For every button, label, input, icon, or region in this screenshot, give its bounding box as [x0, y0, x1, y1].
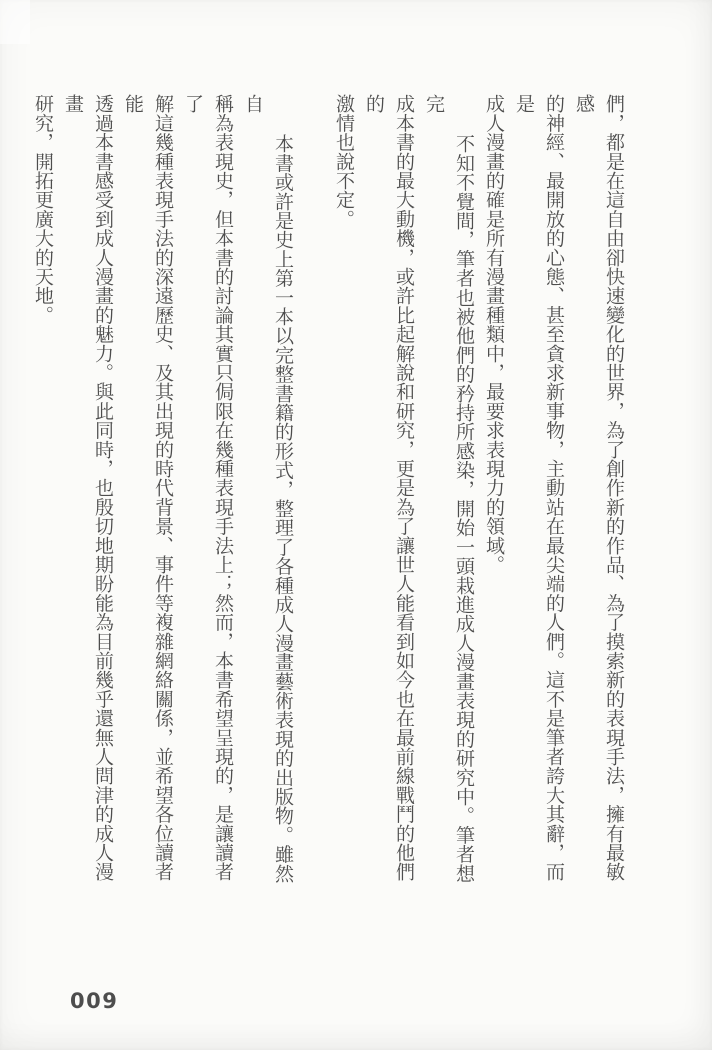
paragraph: 不知不覺間，筆者也被他們的矜持所感染，開始一頭栽進成人漫畫表現的研究中。筆者想完…	[328, 94, 478, 900]
text-column: 成本書的最大動機，或許比起解說和研究，更是為了讓世人能看到如今也在最前線戰鬥的他…	[358, 94, 418, 900]
text-column: 們，都是在這自由卻快速變化的世界，為了創作新的作品、為了摸索新的表現手法，擁有最…	[568, 94, 628, 900]
text-column: 解這幾種表現手法的深遠歷史、及其出現的時代背景、事件等複雜網絡關係，並希望各位讀…	[117, 94, 177, 900]
text-column: 不知不覺間，筆者也被他們的矜持所感染，開始一頭栽進成人漫畫表現的研究中。筆者想完	[418, 94, 478, 900]
text-column: 本書或許是史上第一本以完整書籍的形式，整理了各種成人漫畫藝術表現的出版物。雖然自	[237, 94, 297, 900]
text-column: 的神經、最開放的心態、甚至貪求新事物，主動站在最尖端的人們。這不是筆者誇大其辭，…	[508, 94, 568, 900]
text-column: 稱為表現史，但本書的討論其實只侷限在幾種表現手法上；然而，本書希望呈現的，是讓讀…	[177, 94, 237, 900]
text-column: 成人漫畫的確是所有漫畫種類中，最要求表現力的領域。	[478, 94, 508, 900]
paragraph: 們，都是在這自由卻快速變化的世界，為了創作新的作品、為了摸索新的表現手法，擁有最…	[478, 94, 628, 900]
text-column: 研究，開拓更廣大的天地。	[27, 94, 57, 900]
page-number: 009	[70, 989, 118, 1013]
paragraph: 本書或許是史上第一本以完整書籍的形式，整理了各種成人漫畫藝術表現的出版物。雖然自…	[27, 94, 297, 900]
text-column: 激情也說不定。	[328, 94, 358, 900]
scan-artifact	[0, 0, 30, 44]
text-column: 透過本書感受到成人漫畫的魅力。與此同時，也殷切地期盼能為目前幾乎還無人問津的成人…	[57, 94, 117, 900]
vertical-text-block: 們，都是在這自由卻快速變化的世界，為了創作新的作品、為了摸索新的表現手法，擁有最…	[27, 94, 628, 900]
book-page: 們，都是在這自由卻快速變化的世界，為了創作新的作品、為了摸索新的表現手法，擁有最…	[0, 0, 712, 1050]
